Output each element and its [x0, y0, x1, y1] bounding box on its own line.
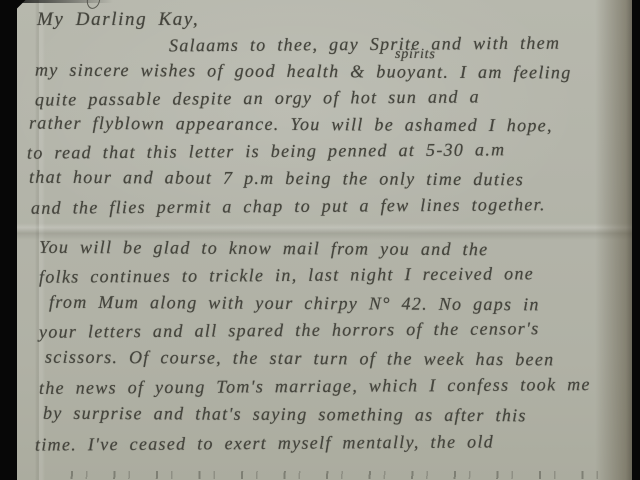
letter-line-7: and the flies permit a chap to put a few… [31, 194, 546, 219]
letter-line-8: You will be glad to know mail from you a… [39, 237, 489, 260]
letter-line-4: rather flyblown appearance. You will be … [29, 113, 553, 137]
letter-line-14: by surprise and that's saying something … [43, 403, 527, 427]
letter-line-11: your letters and all spared the horrors … [39, 318, 540, 342]
cut-off-line-bottom [45, 471, 611, 479]
letter-line-9: folks continues to trickle in, last nigh… [39, 263, 534, 287]
letter-paper: My Darling Kay, spirits Salaams to thee,… [17, 0, 632, 480]
letter-line-2: my sincere wishes of good health & buoya… [35, 60, 572, 84]
letter-line-3: quite passable despite an orgy of hot su… [35, 86, 480, 110]
letter-line-12: scissors. Of course, the star turn of th… [45, 347, 555, 371]
letter-line-5: to read that this letter is being penned… [27, 139, 506, 163]
photo-canvas: My Darling Kay, spirits Salaams to thee,… [0, 0, 640, 480]
letter-greeting: My Darling Kay, [37, 9, 199, 31]
letter-line-6: that hour and about 7 p.m being the only… [29, 167, 524, 191]
letter-line-1: Salaams to thee, gay Sprite and with the… [169, 33, 560, 57]
letter-line-10: from Mum along with your chirpy N° 42. N… [49, 292, 540, 316]
letter-line-13: the news of young Tom's marriage, which … [39, 374, 591, 399]
letter-line-15: time. I've ceased to exert myself mental… [35, 431, 494, 455]
